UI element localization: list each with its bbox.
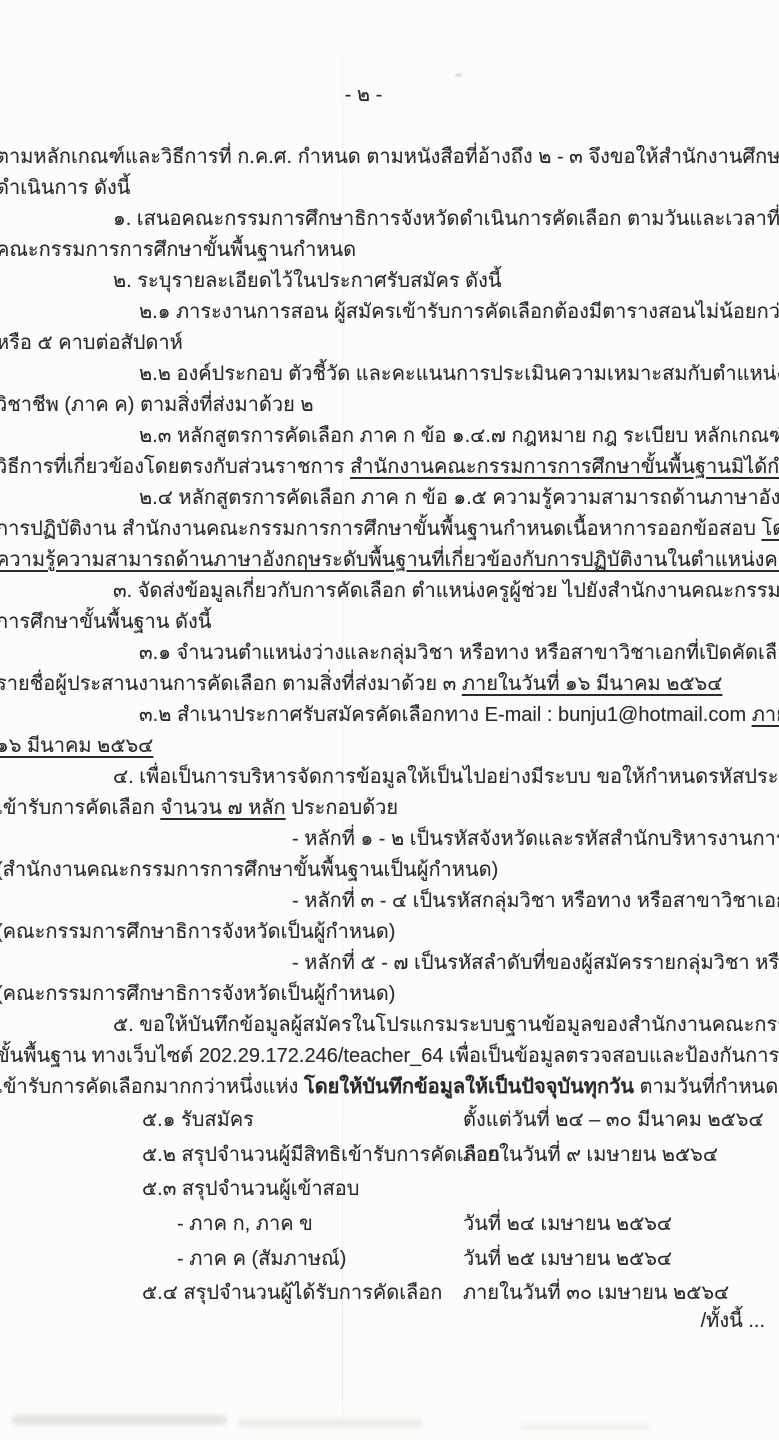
text-segment: - หลักที่ ๑ - ๒ เป็นรหัสจังหวัดและรหัสสำ… bbox=[292, 828, 779, 850]
text-segment: การศึกษาขั้นพื้นฐาน ดังนี้ bbox=[0, 611, 211, 633]
scan-smudge-artifact bbox=[520, 1424, 650, 1430]
underlined-text: สำนักงานคณะกรรมการการศึกษาขั้นพื้นฐานมิไ… bbox=[350, 456, 779, 478]
document-line: ตามหลักเกณฑ์และวิธีการที่ ก.ค.ศ. กำหนด ต… bbox=[0, 142, 779, 173]
text-segment: ๔. เพื่อเป็นการบริหารจัดการข้อมูลให้เป็น… bbox=[113, 766, 779, 788]
scan-smudge-artifact bbox=[12, 1415, 227, 1425]
text-segment: วิธีการที่เกี่ยวข้องโดยตรงกับส่วนราชการ bbox=[0, 456, 350, 478]
text-segment: (สำนักงานคณะกรรมการการศึกษาขั้นพื้นฐานเป… bbox=[0, 859, 498, 881]
text-segment: ๒.๑ ภาระงานการสอน ผู้สมัครเข้ารับการคัดเ… bbox=[139, 301, 779, 323]
document-line: ๑๖ มีนาคม ๒๕๖๔ bbox=[0, 731, 779, 762]
text-segment: - ภาค ก, ภาค ข bbox=[177, 1213, 313, 1235]
text-segment: วิชาชีพ (ภาค ค) ตามสิ่งที่ส่งมาด้วย ๒ bbox=[0, 394, 314, 416]
document-line: ความรู้ความสามารถด้านภาษาอังกฤษระดับพื้น… bbox=[0, 545, 779, 576]
document-line: (สำนักงานคณะกรรมการการศึกษาขั้นพื้นฐานเป… bbox=[0, 855, 779, 886]
schedule-date: วันที่ ๒๔ เมษายน ๒๕๖๔ bbox=[463, 1207, 672, 1242]
document-line: การปฏิบัติงาน สำนักงานคณะกรรมการการศึกษา… bbox=[0, 514, 779, 545]
text-segment: ดำเนินการ ดังนี้ bbox=[0, 177, 130, 199]
document-line: ๕.๔ สรุปจำนวนผู้ได้รับการคัดเลือกภายในวั… bbox=[0, 1276, 779, 1311]
document-line: ๕. ขอให้บันทึกข้อมูลผู้สมัครในโปรแกรมระบ… bbox=[0, 1010, 779, 1041]
text-segment: ๕.๔ สรุปจำนวนผู้ได้รับการคัดเลือก bbox=[142, 1282, 442, 1304]
schedule-date: วันที่ ๒๕ เมษายน ๒๕๖๔ bbox=[463, 1242, 672, 1277]
document-line: ๒.๒ องค์ประกอบ ตัวชี้วัด และคะแนนการประเ… bbox=[0, 359, 779, 390]
text-segment: หรือ ๕ คาบต่อสัปดาห์ bbox=[0, 332, 183, 354]
text-segment: ๓.๒ สำเนาประกาศรับสมัครคัดเลือกทาง E-mai… bbox=[139, 704, 752, 726]
text-segment: การปฏิบัติงาน สำนักงานคณะกรรมการการศึกษา… bbox=[0, 518, 761, 540]
document-line: - หลักที่ ๕ - ๗ เป็นรหัสลำดับที่ของผู้สม… bbox=[0, 948, 779, 979]
text-segment: รายชื่อผู้ประสานงานการคัดเลือก ตามสิ่งที… bbox=[0, 673, 462, 695]
document-page: - ๒ - ตามหลักเกณฑ์และวิธีการที่ ก.ค.ศ. ก… bbox=[0, 0, 779, 1440]
document-line: - หลักที่ ๑ - ๒ เป็นรหัสจังหวัดและรหัสสำ… bbox=[0, 824, 779, 855]
document-line: ขั้นพื้นฐาน ทางเว็บไซต์ 202.29.172.246/t… bbox=[0, 1041, 779, 1072]
text-segment: ตามวันที่กำหนด ดังนี้ bbox=[634, 1076, 779, 1098]
document-line: (คณะกรรมการศึกษาธิการจังหวัดเป็นผู้กำหนด… bbox=[0, 917, 779, 948]
document-line: ๓.๑ จำนวนตำแหน่งว่างและกลุ่มวิชา หรือทาง… bbox=[0, 638, 779, 669]
text-segment: เข้ารับการคัดเลือกมากกว่าหนึ่งแห่ง bbox=[0, 1076, 304, 1098]
document-line: ๑. เสนอคณะกรรมการศึกษาธิการจังหวัดดำเนิน… bbox=[0, 204, 779, 235]
document-line: - ภาค ค (สัมภาษณ์)วันที่ ๒๕ เมษายน ๒๕๖๔ bbox=[0, 1242, 779, 1277]
bold-text: โดยให้บันทึกข้อมูลให้เป็นปัจจุบันทุกวัน bbox=[304, 1076, 634, 1098]
document-line: ๓.๒ สำเนาประกาศรับสมัครคัดเลือกทาง E-mai… bbox=[0, 700, 779, 731]
document-line: ๕.๒ สรุปจำนวนผู้มีสิทธิเข้ารับการคัดเลือ… bbox=[0, 1138, 779, 1173]
document-line: คณะกรรมการการศึกษาขั้นพื้นฐานกำหนด bbox=[0, 235, 779, 266]
text-segment: ตามหลักเกณฑ์และวิธีการที่ ก.ค.ศ. กำหนด ต… bbox=[0, 146, 779, 168]
document-line: - ภาค ก, ภาค ขวันที่ ๒๔ เมษายน ๒๕๖๔ bbox=[0, 1207, 779, 1242]
underlined-text: โดยเน้นเนื้อหา bbox=[761, 518, 779, 540]
document-line: ดำเนินการ ดังนี้ bbox=[0, 173, 779, 204]
text-segment: ๑. เสนอคณะกรรมการศึกษาธิการจังหวัดดำเนิน… bbox=[113, 208, 779, 230]
underlined-text: ภายในวันที่ bbox=[752, 704, 779, 726]
text-segment: ขั้นพื้นฐาน ทางเว็บไซต์ 202.29.172.246/t… bbox=[0, 1045, 779, 1067]
document-line: ๔. เพื่อเป็นการบริหารจัดการข้อมูลให้เป็น… bbox=[0, 762, 779, 793]
text-segment: ๕.๓ สรุปจำนวนผู้เข้าสอบ bbox=[142, 1178, 359, 1200]
text-segment: ๕.๑ รับสมัคร bbox=[142, 1109, 254, 1131]
schedule-date: ภายในวันที่ ๙ เมษายน ๒๕๖๔ bbox=[463, 1138, 718, 1173]
document-line: ๓. จัดส่งข้อมูลเกี่ยวกับการคัดเลือก ตำแห… bbox=[0, 576, 779, 607]
text-segment: ๒.๓ หลักสูตรการคัดเลือก ภาค ก ข้อ ๑.๔.๗ … bbox=[139, 425, 779, 447]
underlined-text: ๑๖ มีนาคม ๒๕๖๔ bbox=[0, 735, 153, 757]
document-line: เข้ารับการคัดเลือก จำนวน ๗ หลัก ประกอบด้… bbox=[0, 793, 779, 824]
continuation-mark: /ทั้งนี้ ... bbox=[701, 1306, 765, 1337]
document-line: (คณะกรรมการศึกษาธิการจังหวัดเป็นผู้กำหนด… bbox=[0, 979, 779, 1010]
document-line: ๒.๔ หลักสูตรการคัดเลือก ภาค ก ข้อ ๑.๕ คว… bbox=[0, 483, 779, 514]
text-segment: - หลักที่ ๓ - ๔ เป็นรหัสกลุ่มวิชา หรือทา… bbox=[292, 890, 779, 912]
document-line: รายชื่อผู้ประสานงานการคัดเลือก ตามสิ่งที… bbox=[0, 669, 779, 700]
document-line: ๕.๑ รับสมัครตั้งแต่วันที่ ๒๔ – ๓๐ มีนาคม… bbox=[0, 1103, 779, 1138]
document-body: ตามหลักเกณฑ์และวิธีการที่ ก.ค.ศ. กำหนด ต… bbox=[0, 142, 779, 1311]
schedule-date: ภายในวันที่ ๓๐ เมษายน ๒๕๖๔ bbox=[463, 1276, 729, 1311]
underlined-text: ความรู้ความสามารถด้านภาษาอังกฤษระดับพื้น… bbox=[0, 549, 779, 571]
text-segment: ๒.๒ องค์ประกอบ ตัวชี้วัด และคะแนนการประเ… bbox=[139, 363, 779, 385]
document-line: การศึกษาขั้นพื้นฐาน ดังนี้ bbox=[0, 607, 779, 638]
document-line: วิธีการที่เกี่ยวข้องโดยตรงกับส่วนราชการ … bbox=[0, 452, 779, 483]
underlined-text: ภายในวันที่ ๑๖ มีนาคม ๒๕๖๔ bbox=[462, 673, 723, 695]
document-line: หรือ ๕ คาบต่อสัปดาห์ bbox=[0, 328, 779, 359]
underlined-text: จำนวน ๗ หลัก bbox=[160, 797, 285, 819]
scan-smudge-artifact bbox=[238, 1419, 423, 1427]
text-segment: ๓. จัดส่งข้อมูลเกี่ยวกับการคัดเลือก ตำแห… bbox=[113, 580, 779, 602]
text-segment: ๒.๔ หลักสูตรการคัดเลือก ภาค ก ข้อ ๑.๕ คว… bbox=[139, 487, 779, 509]
text-segment: (คณะกรรมการศึกษาธิการจังหวัดเป็นผู้กำหนด… bbox=[0, 983, 395, 1005]
text-segment: ประกอบด้วย bbox=[286, 797, 399, 819]
document-line: เข้ารับการคัดเลือกมากกว่าหนึ่งแห่ง โดยให… bbox=[0, 1072, 779, 1103]
text-segment: ๕. ขอให้บันทึกข้อมูลผู้สมัครในโปรแกรมระบ… bbox=[113, 1014, 779, 1036]
text-segment: ๕.๒ สรุปจำนวนผู้มีสิทธิเข้ารับการคัดเลือ… bbox=[142, 1144, 500, 1166]
document-line: ๒.๓ หลักสูตรการคัดเลือก ภาค ก ข้อ ๑.๔.๗ … bbox=[0, 421, 779, 452]
text-segment: - หลักที่ ๕ - ๗ เป็นรหัสลำดับที่ของผู้สม… bbox=[292, 952, 779, 974]
text-segment: - ภาค ค (สัมภาษณ์) bbox=[177, 1248, 346, 1270]
document-line: ๒. ระบุรายละเอียดไว้ในประกาศรับสมัคร ดัง… bbox=[0, 266, 779, 297]
document-line: ๕.๓ สรุปจำนวนผู้เข้าสอบ bbox=[0, 1172, 779, 1207]
scan-speck-artifact bbox=[455, 73, 462, 77]
document-line: วิชาชีพ (ภาค ค) ตามสิ่งที่ส่งมาด้วย ๒ bbox=[0, 390, 779, 421]
schedule-date: ตั้งแต่วันที่ ๒๔ – ๓๐ มีนาคม ๒๕๖๔ bbox=[463, 1103, 764, 1138]
text-segment: เข้ารับการคัดเลือก bbox=[0, 797, 160, 819]
page-number: - ๒ - bbox=[0, 80, 727, 110]
text-segment: คณะกรรมการการศึกษาขั้นพื้นฐานกำหนด bbox=[0, 239, 356, 261]
text-segment: (คณะกรรมการศึกษาธิการจังหวัดเป็นผู้กำหนด… bbox=[0, 921, 395, 943]
text-segment: ๒. ระบุรายละเอียดไว้ในประกาศรับสมัคร ดัง… bbox=[113, 270, 502, 292]
document-line: ๒.๑ ภาระงานการสอน ผู้สมัครเข้ารับการคัดเ… bbox=[0, 297, 779, 328]
text-segment: ๓.๑ จำนวนตำแหน่งว่างและกลุ่มวิชา หรือทาง… bbox=[139, 642, 779, 664]
document-line: - หลักที่ ๓ - ๔ เป็นรหัสกลุ่มวิชา หรือทา… bbox=[0, 886, 779, 917]
